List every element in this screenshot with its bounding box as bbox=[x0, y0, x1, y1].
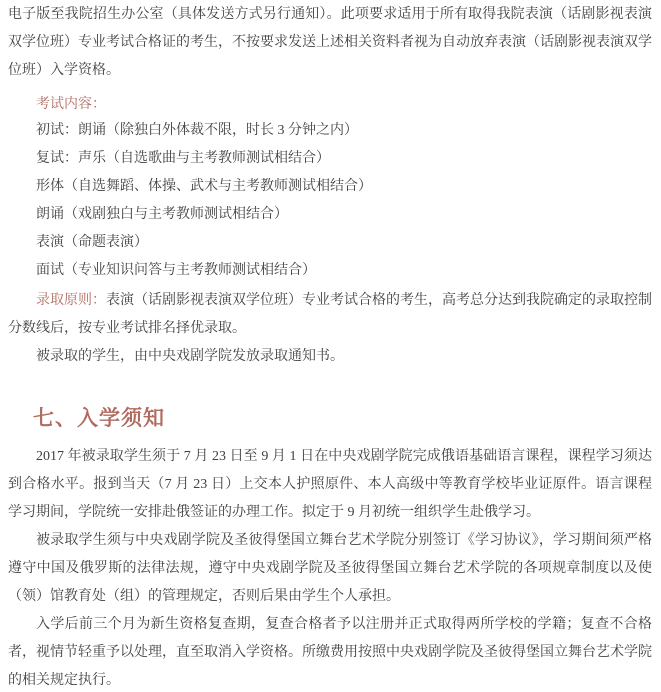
notice-paragraph-language-course: 2017 年被录取学生须于 7 月 23 日至 9 月 1 日在中央戏剧学院完成… bbox=[8, 443, 652, 527]
exam-item-recitation: 朗诵（戏剧独白与主考教师测试相结合） bbox=[8, 201, 652, 229]
exam-item-first-round: 初试：朗诵（除独白外体裁不限，时长 3 分钟之内） bbox=[8, 117, 652, 145]
exam-item-acting: 表演（命题表演） bbox=[8, 229, 652, 257]
admission-note: 被录取的学生，由中央戏剧学院发放录取通知书。 bbox=[8, 343, 652, 371]
exam-item-second-round-vocal: 复试：声乐（自选歌曲与主考教师测试相结合） bbox=[8, 145, 652, 173]
admission-principle-paragraph: 录取原则：表演（话剧影视表演双学位班）专业考试合格的考生，高考总分达到我院确定的… bbox=[8, 285, 652, 343]
document-page: 电子版至我院招生办公室（具体发送方式另行通知）。此项要求适用于所有取得我院表演（… bbox=[0, 0, 661, 692]
exam-item-physique: 形体（自选舞蹈、体操、武术与主考教师测试相结合） bbox=[8, 173, 652, 201]
notice-paragraph-agreement: 被录取学生须与中央戏剧学院及圣彼得堡国立舞台艺术学院分别签订《学习协议》，学习期… bbox=[8, 527, 652, 611]
intro-paragraph: 电子版至我院招生办公室（具体发送方式另行通知）。此项要求适用于所有取得我院表演（… bbox=[8, 1, 652, 85]
exam-content-label: 考试内容： bbox=[8, 89, 652, 117]
exam-item-interview: 面试（专业知识问答与主考教师测试相结合） bbox=[8, 257, 652, 285]
admission-principle-label: 录取原则： bbox=[36, 291, 106, 307]
notice-paragraph-review-period: 入学后前三个月为新生资格复查期，复查合格者予以注册并正式取得两所学校的学籍；复查… bbox=[8, 611, 652, 692]
section-heading-enrollment-notice: 七、入学须知 bbox=[8, 402, 652, 436]
